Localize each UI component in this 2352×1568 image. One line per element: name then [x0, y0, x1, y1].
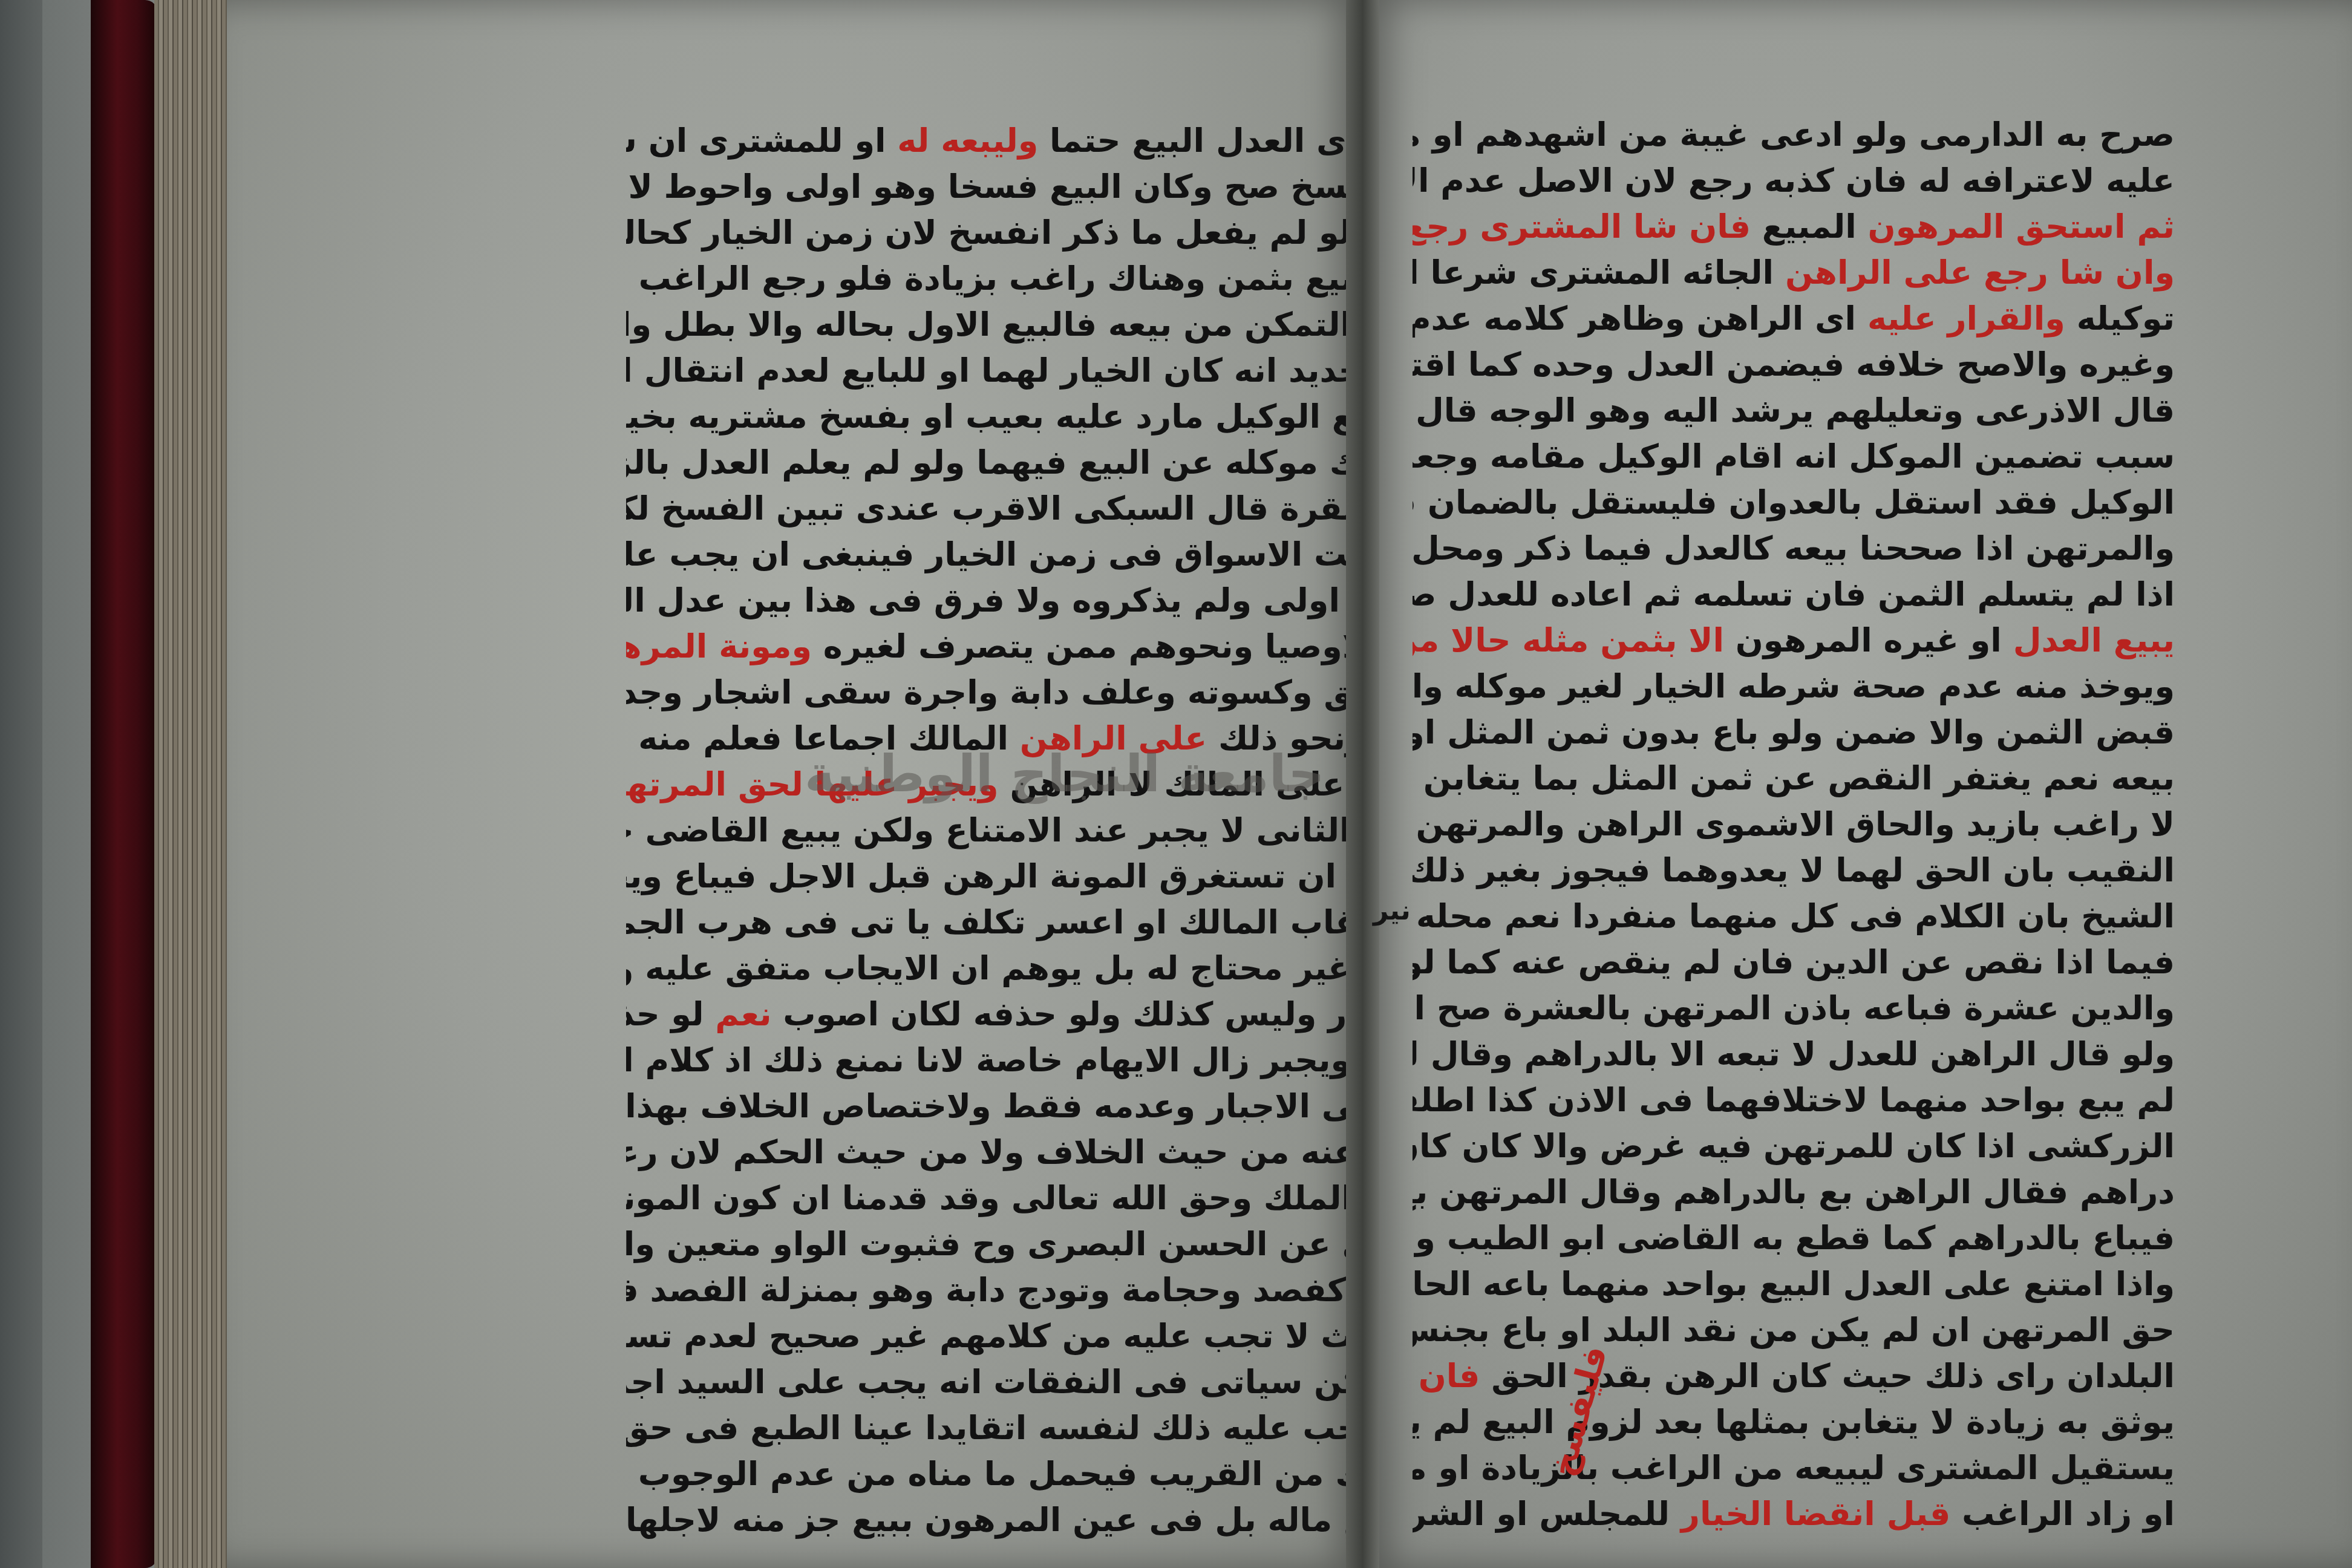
body-text: لم يبع بواحد منهما لاختلافهما فى الاذن ك… [1413, 1081, 2175, 1119]
body-text: اى الراهن وظاهر كلامه عدم الفرق بين تلفه… [1413, 299, 1867, 338]
manuscript-line: عليه لاعترافه له فان كذبه رجع لان الاصل … [1413, 158, 2175, 204]
manuscript-line: قبض الثمن والا ضمن ولو باع بدون ثمن المث… [1413, 710, 2175, 756]
rubric-text: الا بثمن مثله حالا من نقد بلده [1413, 621, 1724, 659]
manuscript-line: الشيخ بان الكلام فى كل منهما منفردا نعم … [1413, 893, 2175, 939]
body-text: او غيره المرهون [1724, 621, 2013, 659]
manuscript-line: توكيله والقرار عليه اى الراهن وظاهر كلام… [1413, 296, 2175, 342]
rubric-text: نعم [715, 995, 771, 1033]
manuscript-line: فيباع بالدراهم كما قطع به القاضى ابو الط… [1413, 1215, 2175, 1261]
manuscript-line: واذا امتنع على العدل البيع بواحد منهما ب… [1413, 1261, 2175, 1307]
manuscript-line: بيعه نعم يغتفر النقص عن ثمن المثل بما يت… [1413, 756, 2175, 802]
body-text: والمرتهن اذا صححنا بيعه كالعدل فيما ذكر … [1413, 529, 2175, 567]
manuscript-line: صرح به الدارمى ولو ادعى غيبة من اشهدهم ا… [1413, 112, 2175, 158]
manuscript-line: وغيره والاصح خلافه فيضمن العدل وحده كما … [1413, 342, 2175, 388]
body-text: صرح به الدارمى ولو ادعى غيبة من اشهدهم ا… [1413, 116, 2175, 154]
rubric-text: فان زاد [1413, 1357, 1480, 1395]
body-text: توكيله [2065, 299, 2175, 338]
library-watermark: جامعة النجاح الوطنية [805, 744, 1325, 803]
manuscript-line: وان شا رجع على الراهن الجائه المشترى شرع… [1413, 250, 2175, 296]
manuscript-line: قال الاذرعى وتعليلهم يرشد اليه وهو الوجه… [1413, 388, 2175, 434]
body-text: او زاد الراغب [1950, 1495, 2175, 1533]
body-text: الوكيل فقد استقل بالعدوان فليستقل بالضما… [1413, 483, 2175, 521]
rubric-text: والقرار عليه [1867, 299, 2065, 338]
manuscript-line: يوثق به زيادة لا يتغابن بمثلها بعد لزوم … [1413, 1399, 2175, 1445]
manuscript-line: يستقيل المشترى ليبيعه من الراغب بالزيادة… [1413, 1445, 2175, 1491]
body-text: لو حذف الواو [626, 995, 715, 1033]
body-text: للمجلس او الشرط وهو ممن يوثق به [1413, 1495, 1681, 1533]
body-text: لا راغب بازيد والحاق الاشموى الراهن والم… [1413, 805, 2175, 843]
manuscript-line: الزركشى اذا كان للمرتهن فيه غرض والا كان… [1413, 1123, 2175, 1169]
right-page: صرح به الدارمى ولو ادعى غيبة من اشهدهم ا… [1364, 0, 2352, 1568]
body-text: اى العدل البيع حتما [1038, 122, 1369, 160]
rubric-text: فان شا المشترى رجع على العدل [1413, 207, 1751, 246]
rubric-text: قبل انقضا الخيار [1681, 1495, 1950, 1533]
manuscript-line: والدين عشرة فباعه باذن المرتهن بالعشرة ص… [1413, 985, 2175, 1031]
rubric-text: وان شا رجع على الراهن [1785, 253, 2175, 292]
body-text: المبيع [1751, 207, 1868, 246]
body-text: فيما اذا نقص عن الدين فان لم ينقص عنه كم… [1413, 943, 2175, 981]
book-gutter [1346, 0, 1379, 1568]
body-text: الشيخ بان الكلام فى كل منهما منفردا نعم … [1413, 897, 2175, 935]
body-text: واذا امتنع على العدل البيع بواحد منهما ب… [1413, 1265, 2175, 1303]
manuscript-line: ثم استحق المرهون المبيع فان شا المشترى ر… [1413, 204, 2175, 250]
red-leather-binding [91, 0, 157, 1568]
manuscript-line: الوكيل فقد استقل بالعدوان فليستقل بالضما… [1413, 480, 2175, 526]
body-text: قبض الثمن والا ضمن ولو باع بدون ثمن المث… [1413, 713, 2175, 751]
rubric-text: ثم استحق المرهون [1868, 207, 2175, 246]
body-text: الزركشى اذا كان للمرتهن فيه غرض والا كان… [1413, 1127, 2175, 1165]
manuscript-line: دراهم فقال الراهن بع بالدراهم وقال المرت… [1413, 1169, 2175, 1215]
manuscript-line: فيما اذا نقص عن الدين فان لم ينقص عنه كم… [1413, 939, 2175, 985]
right-page-text-block: صرح به الدارمى ولو ادعى غيبة من اشهدهم ا… [1413, 112, 2175, 1537]
body-text: فيباع بالدراهم كما قطع به القاضى ابو الط… [1413, 1219, 2175, 1257]
body-text: يستقيل المشترى ليبيعه من الراغب بالزيادة… [1413, 1449, 2175, 1487]
manuscript-line: النقيب بان الحق لهما لا يعدوهما فيجوز بغ… [1413, 848, 2175, 893]
body-text: اذا لم يتسلم الثمن فان تسلمه ثم اعاده لل… [1413, 575, 2175, 613]
manuscript-line: لم يبع بواحد منهما لاختلافهما فى الاذن ك… [1413, 1077, 2175, 1123]
manuscript-line: سبب تضمين الموكل انه اقام الوكيل مقامه و… [1413, 434, 2175, 480]
body-text: والدين عشرة فباعه باذن المرتهن بالعشرة ص… [1413, 989, 2175, 1027]
body-text: او للمشترى ان شا ولو باعه ابتدا [626, 122, 897, 160]
manuscript-line: ويوخذ منه عدم صحة شرطه الخيار لغير موكله… [1413, 664, 2175, 710]
body-text: بيعه نعم يغتفر النقص عن ثمن المثل بما يت… [1413, 759, 2175, 797]
body-text: وغيره والاصح خلافه فيضمن العدل وحده كما … [1413, 345, 2175, 384]
manuscript-line: البلدان راى ذلك حيث كان الرهن بقدر الحق … [1413, 1353, 2175, 1399]
body-text: عليه لاعترافه له فان كذبه رجع لان الاصل … [1413, 162, 2175, 200]
page-edges-stack [154, 0, 227, 1568]
manuscript-line: يبيع العدل او غيره المرهون الا بثمن مثله… [1413, 618, 2175, 664]
body-text: قال الاذرعى وتعليلهم يرشد اليه وهو الوجه… [1413, 391, 2175, 430]
manuscript-line: والمرتهن اذا صححنا بيعه كالعدل فيما ذكر … [1413, 526, 2175, 572]
manuscript-line: ولو قال الراهن للعدل لا تبعه الا بالدراه… [1413, 1031, 2175, 1077]
marginal-note: نير [1373, 895, 1411, 926]
rubric-text: يبيع العدل [2013, 621, 2175, 659]
body-text: يوثق به زيادة لا يتغابن بمثلها بعد لزوم … [1413, 1403, 2175, 1441]
body-text: دراهم فقال الراهن بع بالدراهم وقال المرت… [1413, 1173, 2175, 1211]
manuscript-line: او زاد الراغب قبل انقضا الخيار للمجلس او… [1413, 1491, 2175, 1537]
rubric-text: ومونة المرهون [626, 627, 812, 665]
body-text: النقيب بان الحق لهما لا يعدوهما فيجوز بغ… [1413, 851, 2175, 889]
body-text: ويوخذ منه عدم صحة شرطه الخيار لغير موكله… [1413, 667, 2175, 705]
manuscript-line: لا راغب بازيد والحاق الاشموى الراهن والم… [1413, 802, 2175, 848]
rubric-text: وليبعه له [897, 122, 1038, 160]
body-text: ولو قال الراهن للعدل لا تبعه الا بالدراه… [1413, 1035, 2175, 1073]
body-text: حق المرتهن ان لم يكن من نقد البلد او باع… [1413, 1311, 2175, 1349]
body-text: سبب تضمين الموكل انه اقام الوكيل مقامه و… [1413, 437, 2175, 475]
body-text: الجائه المشترى شرعا الى التسليم للعدل بح… [1413, 253, 1785, 292]
manuscript-line: حق المرتهن ان لم يكن من نقد البلد او باع… [1413, 1307, 2175, 1353]
manuscript-line: اذا لم يتسلم الثمن فان تسلمه ثم اعاده لل… [1413, 572, 2175, 618]
